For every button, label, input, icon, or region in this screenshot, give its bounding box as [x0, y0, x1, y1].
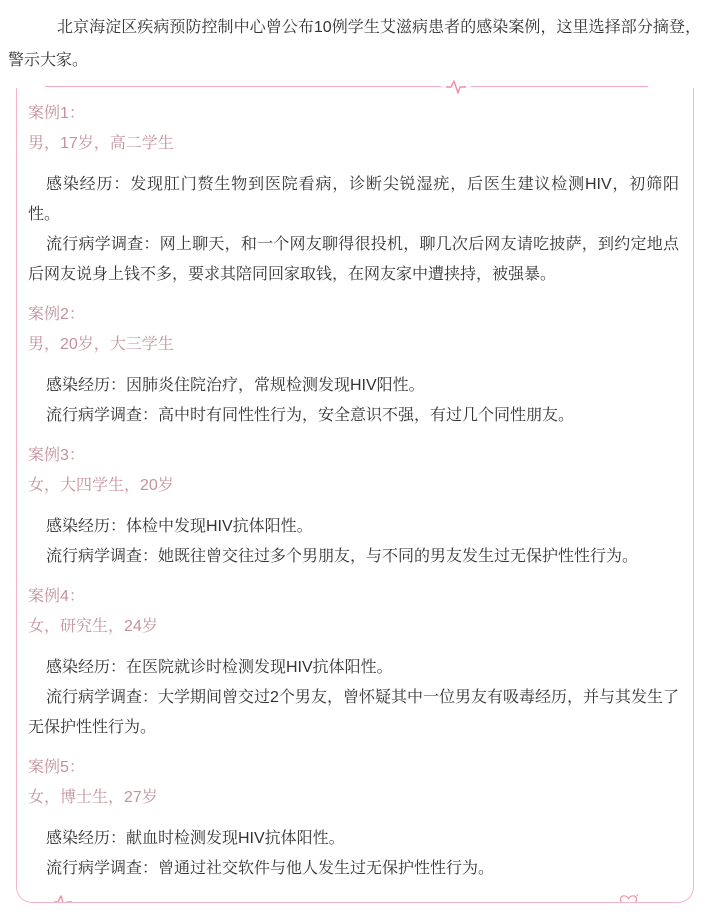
case-title: 案例2：	[28, 300, 679, 330]
article-page: 北京海淀区疾病预防控制中心曾公布10例学生艾滋病患者的感染案例，这里选择部分摘登…	[0, 0, 717, 922]
case-person: 男，17岁，高二学生	[28, 129, 679, 159]
case-box: 案例1： 男，17岁，高二学生 感染经历：发现肛门赘生物到医院看病，诊断尖锐湿疣…	[16, 88, 694, 903]
case-investigation: 流行病学调查：曾通过社交软件与他人发生过无保护性性行为。	[28, 854, 679, 884]
case-block: 案例4： 女，研究生，24岁 感染经历：在医院就诊时检测发现HIV抗体阳性。 流…	[28, 582, 679, 743]
case-block: 案例5： 女，博士生，27岁 感染经历：献血时检测发现HIV抗体阳性。 流行病学…	[28, 753, 679, 884]
case-person: 女，研究生，24岁	[28, 612, 679, 642]
intro-paragraph: 北京海淀区疾病预防控制中心曾公布10例学生艾滋病患者的感染案例，这里选择部分摘登…	[0, 0, 717, 77]
case-investigation: 流行病学调查：大学期间曾交过2个男友，曾怀疑其中一位男友有吸毒经历，并与其发生了…	[28, 683, 679, 743]
case-person: 男，20岁，大三学生	[28, 330, 679, 360]
case-block: 案例3： 女，大四学生，20岁 感染经历：体检中发现HIV抗体阳性。 流行病学调…	[28, 441, 679, 572]
case-infection: 感染经历：因肺炎住院治疗，常规检测发现HIV阳性。	[28, 371, 679, 401]
case-infection: 感染经历：献血时检测发现HIV抗体阳性。	[28, 824, 679, 854]
case-title: 案例4：	[28, 582, 679, 612]
case-infection: 感染经历：发现肛门赘生物到医院看病，诊断尖锐湿疣，后医生建议检测HIV，初筛阳性…	[28, 170, 679, 230]
case-infection: 感染经历：在医院就诊时检测发现HIV抗体阳性。	[28, 653, 679, 683]
case-title: 案例3：	[28, 441, 679, 471]
case-block: 案例2： 男，20岁，大三学生 感染经历：因肺炎住院治疗，常规检测发现HIV阳性…	[28, 300, 679, 431]
case-investigation: 流行病学调查：她既往曾交往过多个男朋友，与不同的男友发生过无保护性性行为。	[28, 542, 679, 572]
case-person: 女，大四学生，20岁	[28, 471, 679, 501]
case-person: 女，博士生，27岁	[28, 783, 679, 813]
case-block: 案例1： 男，17岁，高二学生 感染经历：发现肛门赘生物到医院看病，诊断尖锐湿疣…	[28, 99, 679, 290]
case-investigation: 流行病学调查：高中时有同性性行为，安全意识不强，有过几个同性朋友。	[28, 401, 679, 431]
heart-icon	[615, 894, 643, 903]
top-divider	[45, 86, 648, 87]
case-infection: 感染经历：体检中发现HIV抗体阳性。	[28, 512, 679, 542]
case-title: 案例1：	[28, 99, 679, 129]
case-title: 案例5：	[28, 753, 679, 783]
case-investigation: 流行病学调查：网上聊天，和一个网友聊得很投机，聊几次后网友请吃披萨，到约定地点后…	[28, 230, 679, 290]
heartbeat-icon	[50, 892, 76, 903]
